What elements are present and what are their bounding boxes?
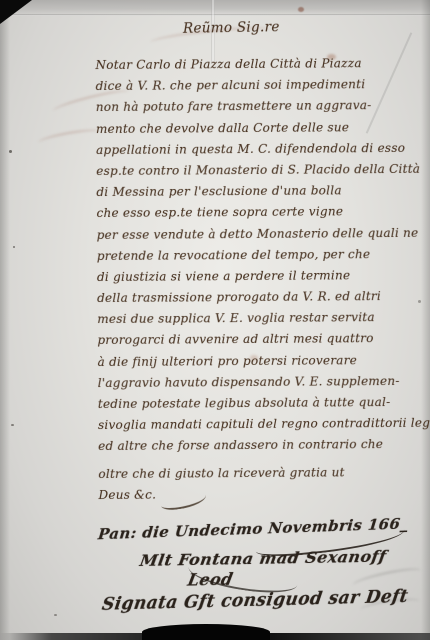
manuscript-line: ed altre che forse andassero in contrari… (98, 434, 398, 457)
letter-salutation: Reũmo Sig.re (183, 19, 280, 37)
manuscript-line: per esse vendute à detto Monasterio dell… (97, 222, 397, 245)
manuscript-line: mesi due supplica V. E. voglia restar se… (97, 307, 397, 330)
manuscript-line: di Messina per l'esclusione d'una bolla (96, 180, 396, 203)
stain-speck (11, 424, 14, 426)
backdrop-bottom-edge (142, 624, 270, 640)
horizontal-fold-crease (0, 14, 430, 16)
stain-speck (9, 150, 12, 153)
right-edge-shadow (421, 0, 430, 640)
manuscript-line: oltre che di giusto la riceverà gratia u… (98, 462, 398, 485)
ink-showthrough (38, 127, 101, 148)
manuscript-line: Notar Carlo di Piazza della Città di Pia… (95, 53, 395, 76)
manuscript-line: della trasmissione prorogato da V. R. ed… (97, 286, 397, 309)
letter-body: Notar Carlo di Piazza della Città di Pia… (95, 53, 398, 506)
manuscript-line: dice à V. R. che per alcuni soi impedime… (96, 74, 396, 97)
signature-line: Leod (186, 570, 235, 590)
stain-speck (54, 614, 57, 616)
manuscript-closing-line: Deus &c. (98, 483, 398, 506)
manuscript-line: non hà potuto fare trasmettere un aggrav… (96, 95, 396, 118)
stain-speck (298, 7, 304, 12)
manuscript-line: pretende la revocatione del tempo, per c… (97, 244, 397, 267)
manuscript-line: appellationi in questa M. C. difendendol… (96, 138, 396, 161)
manuscript-line: à die finij ulteriori pro potersi ricove… (98, 350, 398, 373)
left-edge-shadow (0, 0, 10, 640)
stain-speck (418, 300, 421, 303)
manuscript-line: esp.te contro il Monasterio di S. Placid… (96, 159, 396, 182)
stain-speck (13, 246, 15, 248)
manuscript-line: che esso esp.te tiene sopra certe vigne (96, 201, 396, 224)
manuscript-line: mento che devolve dalla Corte delle sue (96, 117, 396, 140)
manuscript-line: sivoglia mandati capituli del regno cont… (98, 413, 398, 436)
manuscript-closing-text: Deus &c. (98, 487, 156, 501)
manuscript-line: l'aggravio havuto dispensando V. E. supp… (98, 371, 398, 394)
pen-flourish (160, 489, 208, 512)
paper-sheet: Reũmo Sig.re Notar Carlo di Piazza della… (0, 0, 430, 640)
manuscript-line: di giustizia si viene a perdere il termi… (97, 265, 397, 288)
manuscript-photo: Reũmo Sig.re Notar Carlo di Piazza della… (0, 0, 430, 640)
manuscript-line: prorogarci di avvenire ad altri mesi qua… (97, 328, 397, 351)
manuscript-line: tedine potestate legibus absoluta à tutt… (98, 392, 398, 415)
